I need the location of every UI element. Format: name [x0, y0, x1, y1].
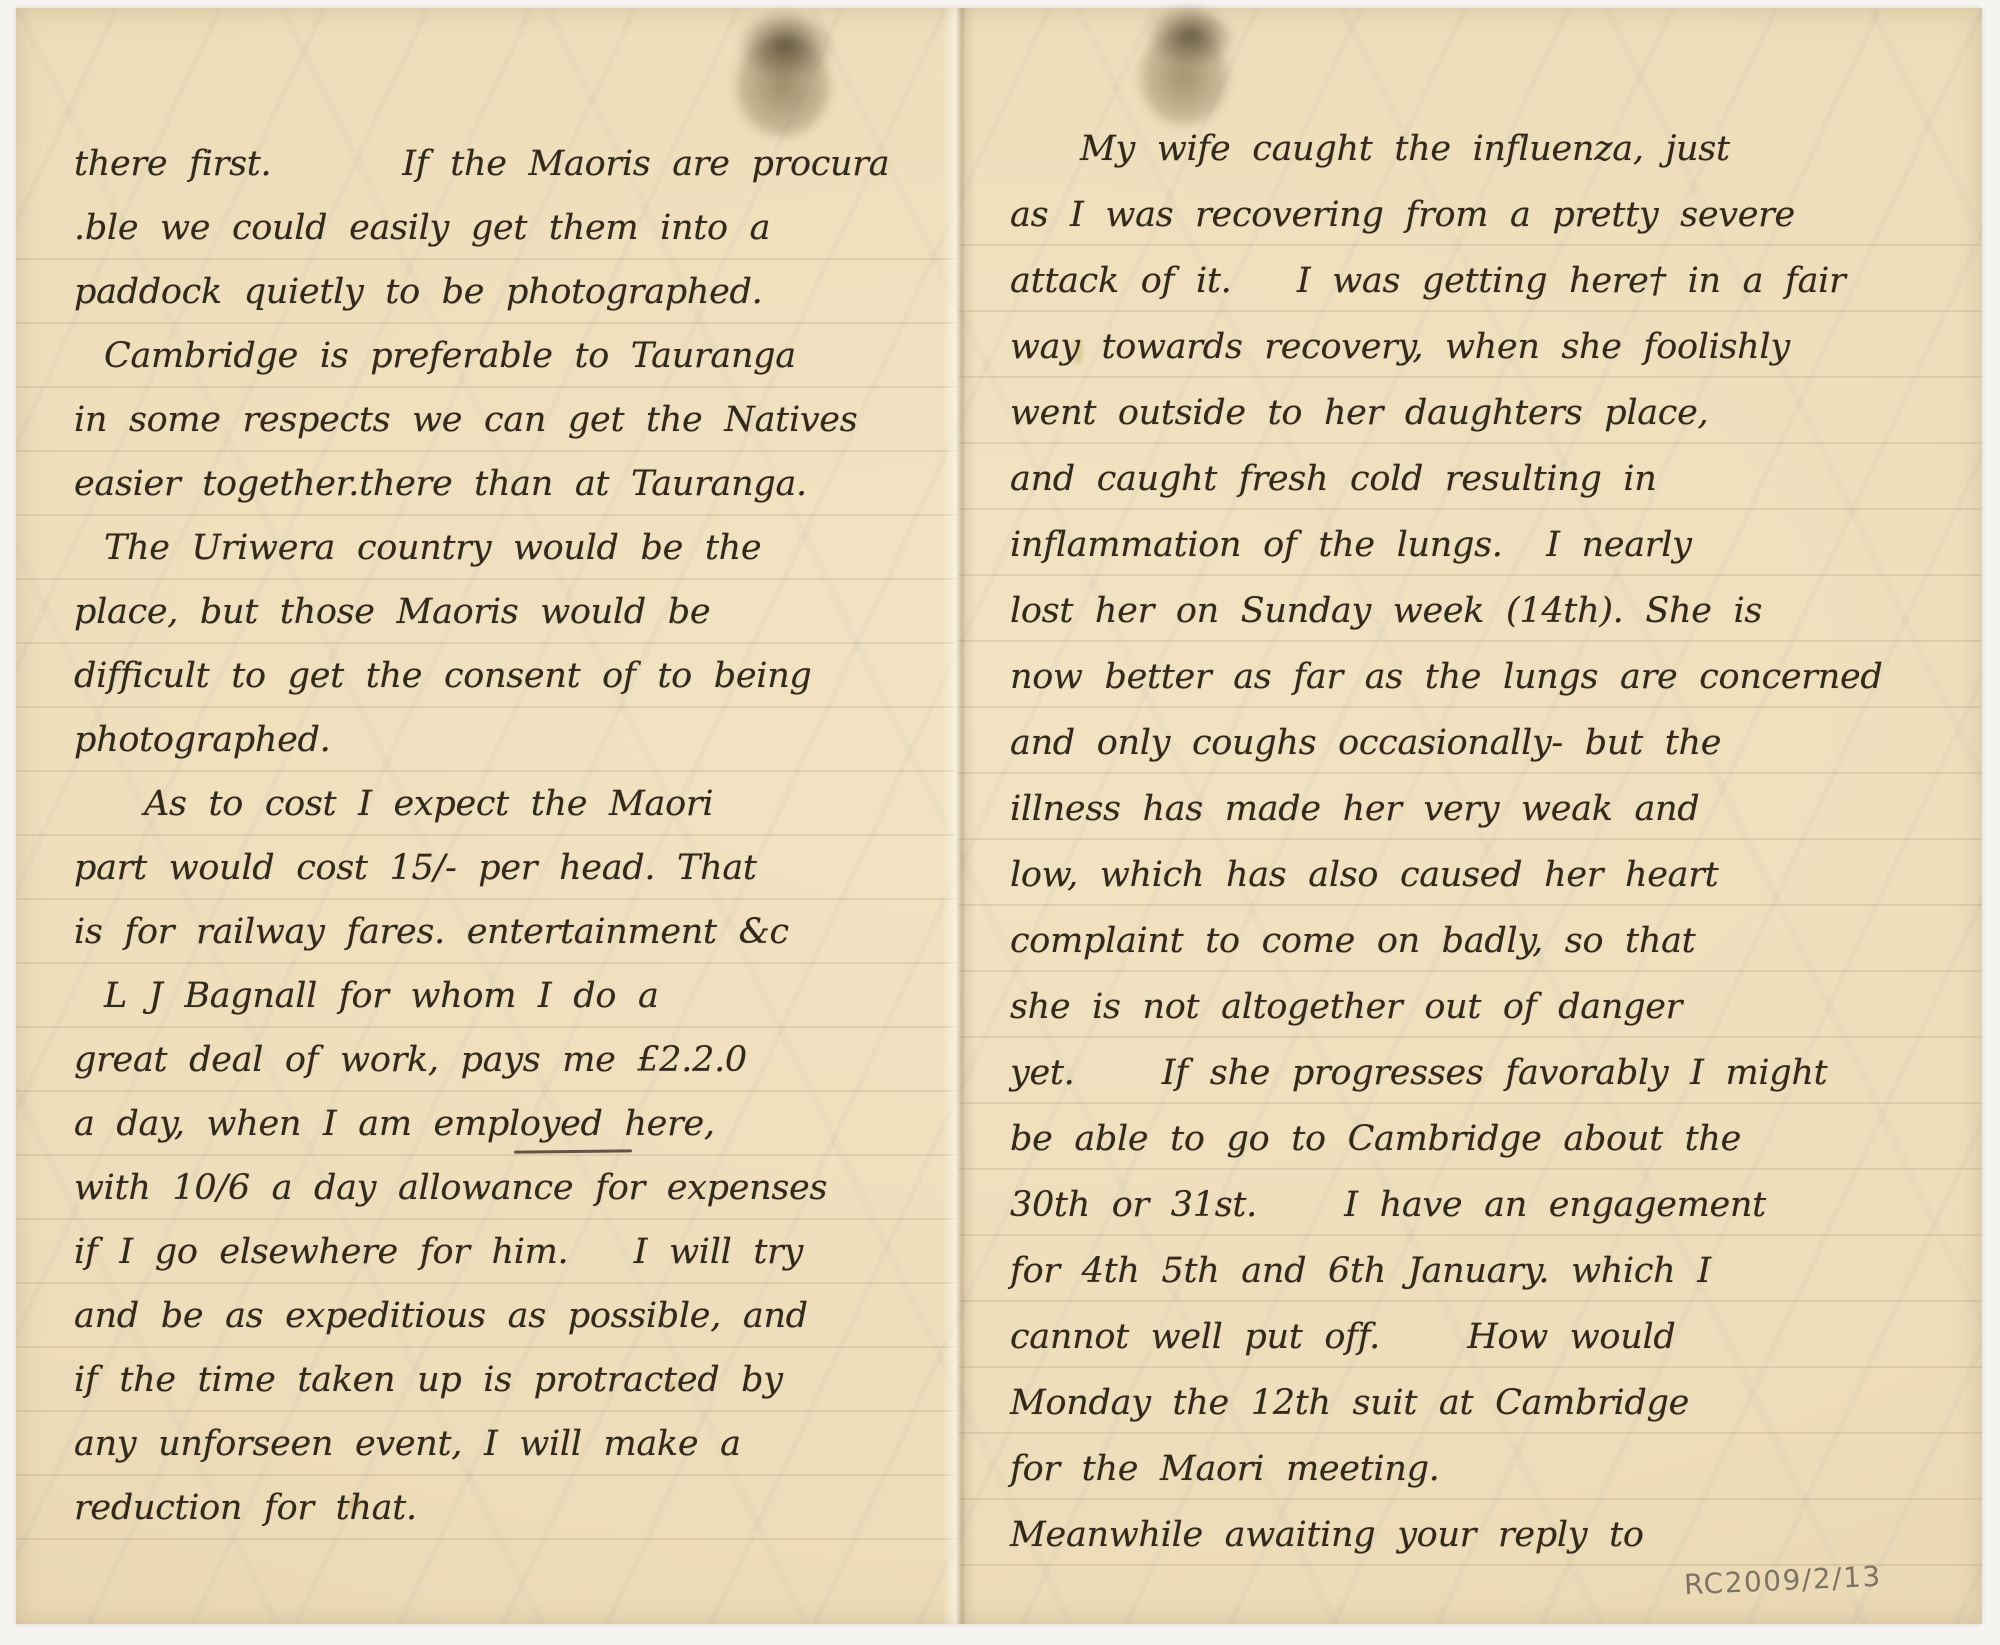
letter-line: great deal of work, pays me £2.2.0: [74, 1028, 960, 1092]
letter-line: for 4th 5th and 6th January. which I: [1010, 1238, 1960, 1304]
letter-line: cannot well put off. How would: [1010, 1304, 1960, 1370]
letter-line: As to cost I expect the Maori: [74, 772, 960, 836]
letter-line: as I was recovering from a pretty severe: [1010, 182, 1960, 248]
letter-line: Monday the 12th suit at Cambridge: [1010, 1370, 1960, 1436]
letter-line: there first. If the Maoris are procura: [74, 132, 960, 196]
letter-line: and only coughs occasionally- but the: [1010, 710, 1960, 776]
letter-line: now better as far as the lungs are conce…: [1010, 644, 1960, 710]
letter-line: be able to go to Cambridge about the: [1010, 1106, 1960, 1172]
letter-line: is for railway fares. entertainment &c: [74, 900, 960, 964]
letter-line: Cambridge is preferable to Tauranga: [74, 324, 960, 388]
letter-line: The Uriwera country would be the: [74, 516, 960, 580]
letter-line: Meanwhile awaiting your reply to: [1010, 1502, 1960, 1568]
letter-line: .ble we could easily get them into a: [74, 196, 960, 260]
letter-line: she is not altogether out of danger: [1010, 974, 1960, 1040]
letter-line: 30th or 31st. I have an engagement: [1010, 1172, 1960, 1238]
letter-line: illness has made her very weak and: [1010, 776, 1960, 842]
letter-line: attack of it. I was getting here† in a f…: [1010, 248, 1960, 314]
letter-line: a day, when I am employed here,: [74, 1092, 960, 1156]
paper-sheet: there first. If the Maoris are procura .…: [16, 8, 1982, 1624]
letter-line: place, but those Maoris would be: [74, 580, 960, 644]
letter-line: photographed.: [74, 708, 960, 772]
letter-line: for the Maori meeting.: [1010, 1436, 1960, 1502]
letter-line: went outside to her daughters place,: [1010, 380, 1960, 446]
letter-line: inflammation of the lungs. I nearly: [1010, 512, 1960, 578]
letter-line: with 10/6 a day allowance for expenses: [74, 1156, 960, 1220]
letter-line: and caught fresh cold resulting in: [1010, 446, 1960, 512]
letter-line: reduction for that.: [74, 1476, 960, 1540]
letter-scan: there first. If the Maoris are procura .…: [0, 0, 2000, 1645]
letter-line: and be as expeditious as possible, and: [74, 1284, 960, 1348]
letter-line: in some respects we can get the Natives: [74, 388, 960, 452]
letter-line: easier together.there than at Tauranga.: [74, 452, 960, 516]
letter-line: low, which has also caused her heart: [1010, 842, 1960, 908]
letter-line: L J Bagnall for whom I do a: [74, 964, 960, 1028]
letter-line: My wife caught the influenza, just: [1010, 116, 1960, 182]
letter-line: part would cost 15/- per head. That: [74, 836, 960, 900]
letter-line: complaint to come on badly, so that: [1010, 908, 1960, 974]
letter-line: if I go elsewhere for him. I will try: [74, 1220, 960, 1284]
right-page-text-column: My wife caught the influenza, just as I …: [1010, 116, 1960, 1568]
letter-line: paddock quietly to be photographed.: [74, 260, 960, 324]
letter-line: if the time taken up is protracted by: [74, 1348, 960, 1412]
letter-line: lost her on Sunday week (14th). She is: [1010, 578, 1960, 644]
letter-line: yet. If she progresses favorably I might: [1010, 1040, 1960, 1106]
letter-line: any unforseen event, I will make a: [74, 1412, 960, 1476]
letter-line: way towards recovery, when she foolishly: [1010, 314, 1960, 380]
left-page-text-column: there first. If the Maoris are procura .…: [74, 132, 960, 1540]
letter-line: difficult to get the consent of to being: [74, 644, 960, 708]
